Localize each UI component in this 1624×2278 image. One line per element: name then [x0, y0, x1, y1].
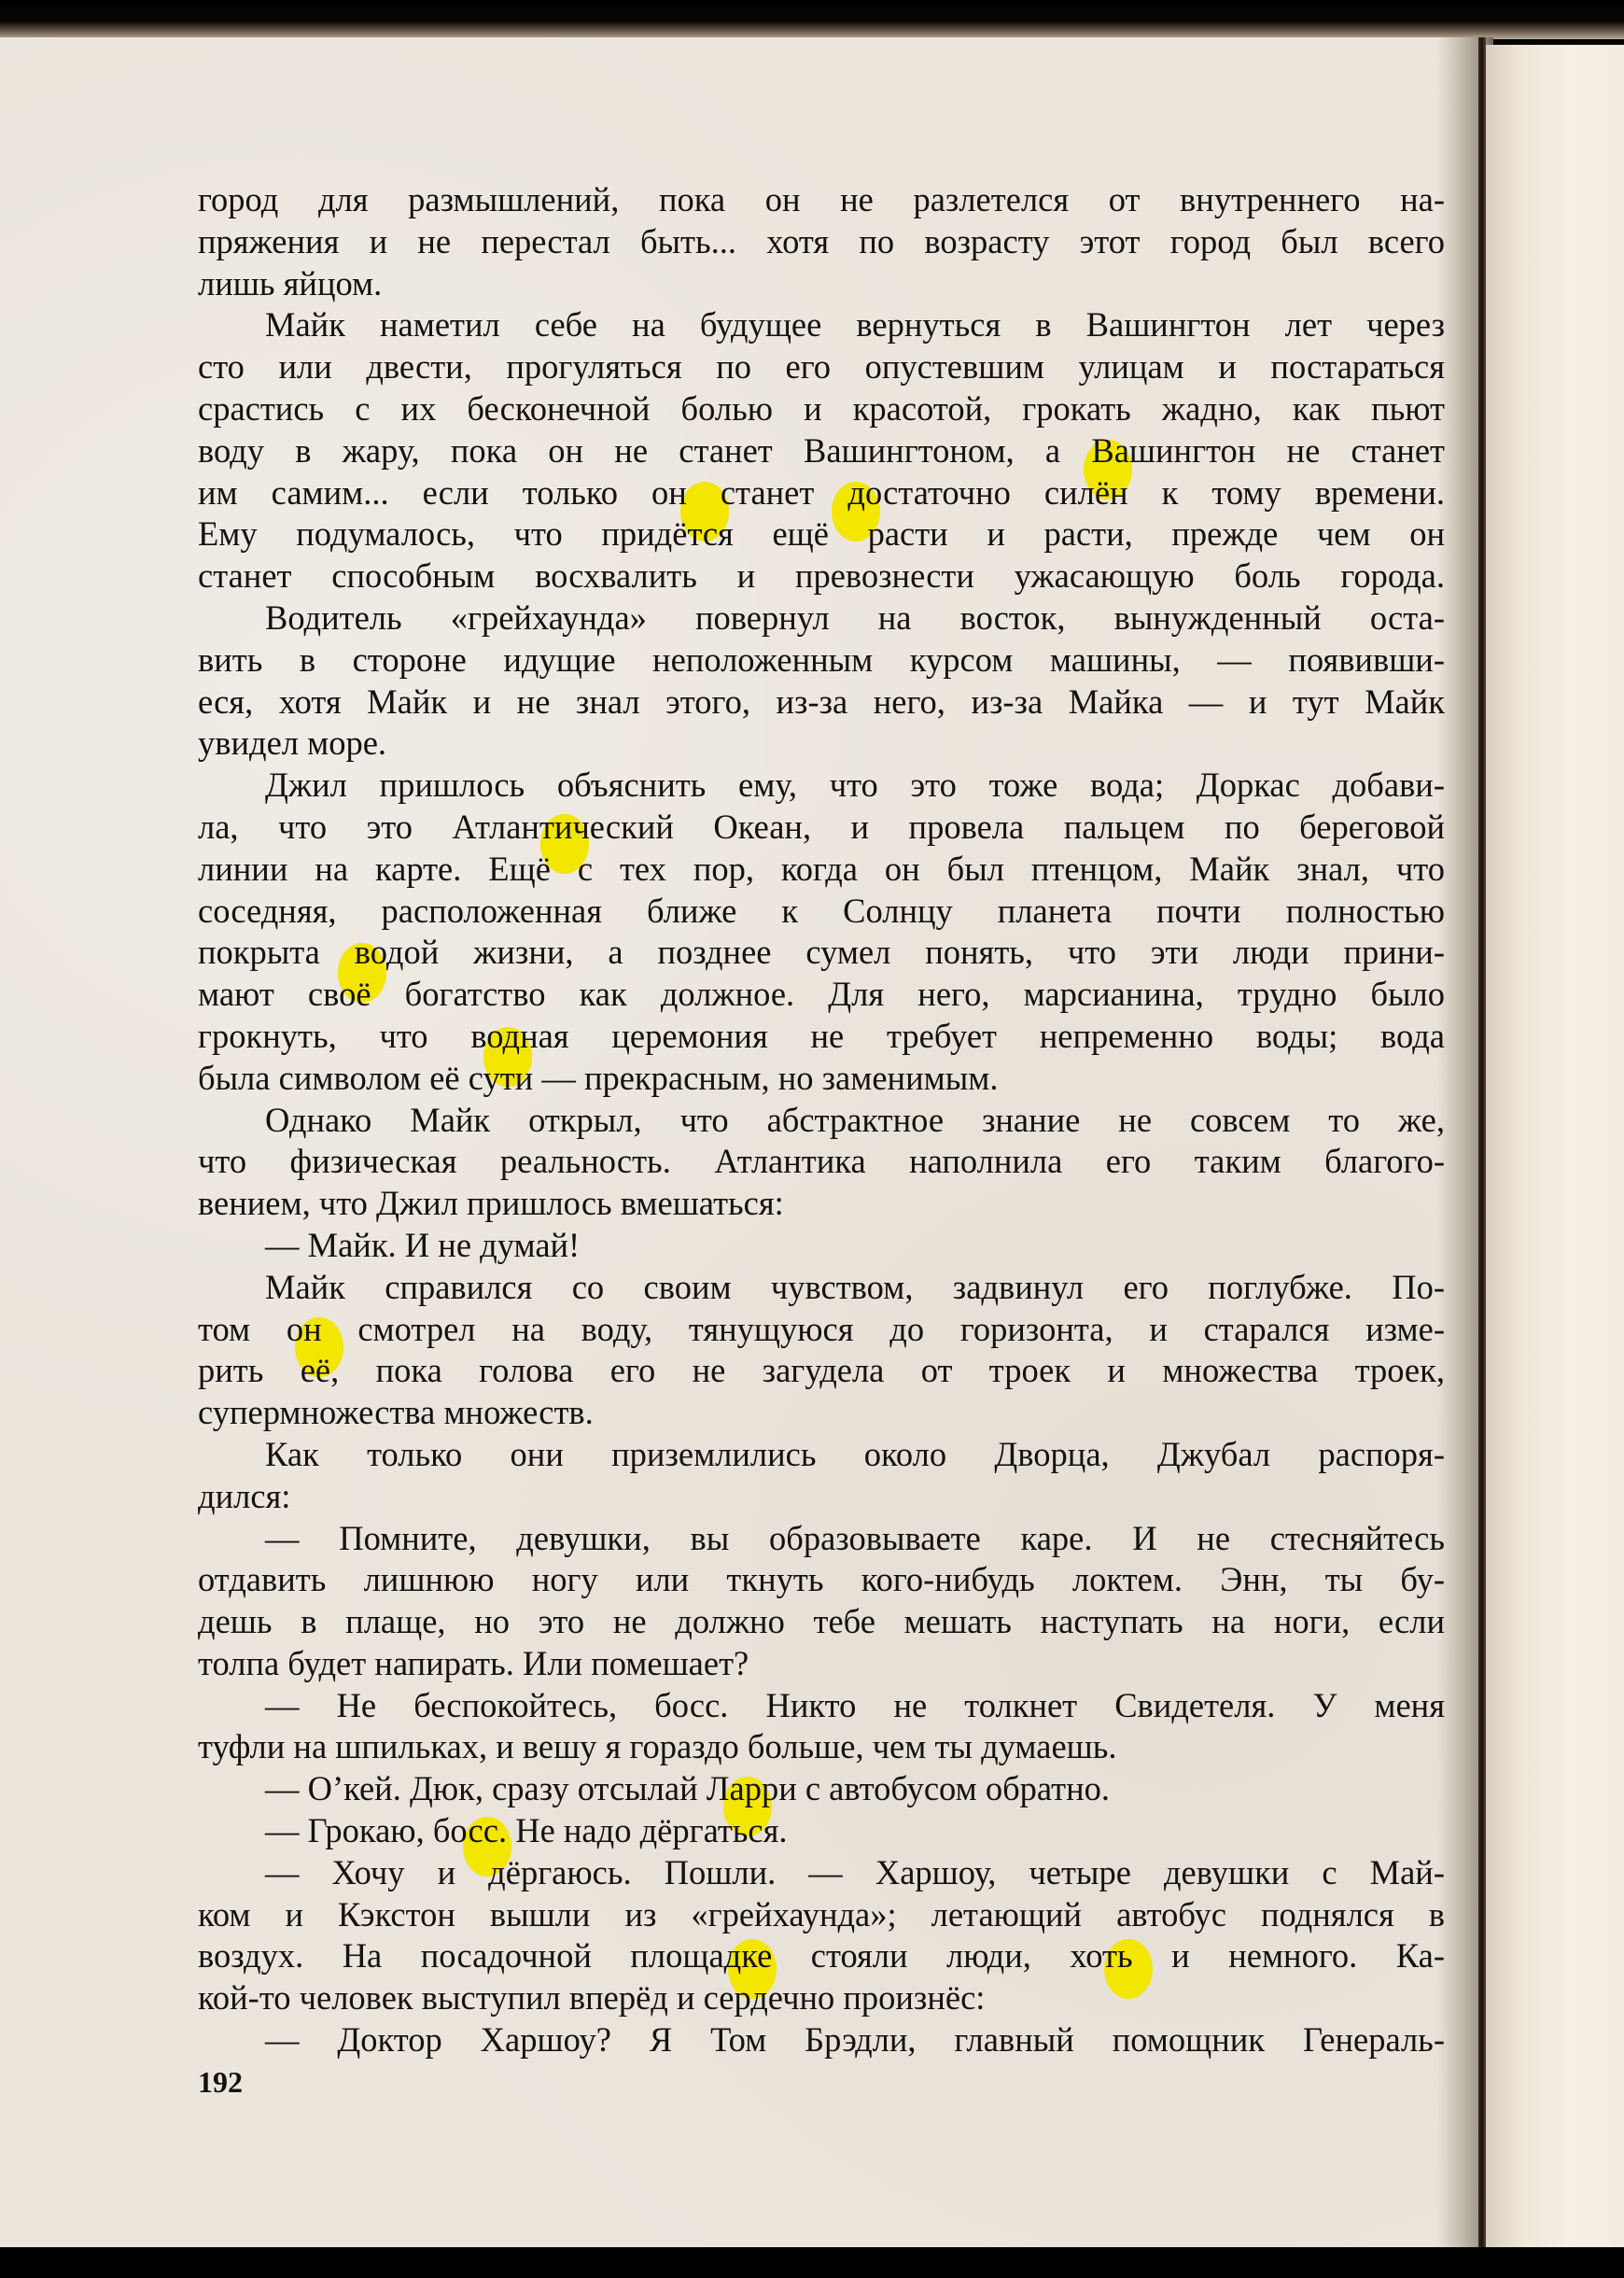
text-line: — Доктор Харшоу? Я Том Брэдли, главный п…: [198, 2019, 1445, 2061]
text-line: сто или двести, прогуляться по его опуст…: [198, 346, 1445, 388]
text-line: Майк наметил себе на будущее вернуться в…: [198, 304, 1445, 346]
text-line: что физическая реальность. Атлантика нап…: [198, 1141, 1445, 1183]
text-line: им самим... если только он станет достат…: [198, 472, 1445, 514]
text-line: увидел море.: [198, 723, 1445, 765]
text-line: супермножества множеств.: [198, 1392, 1445, 1434]
right-page-edge: [1486, 45, 1624, 2247]
text-line: мают своё богатство как должное. Для нег…: [198, 974, 1445, 1016]
text-line: — Хочу и дёргаюсь. Пошли. — Харшоу, четы…: [198, 1852, 1445, 1894]
text-line: станет способным восхвалить и превознест…: [198, 555, 1445, 598]
text-line: туфли на шпильках, и вешу я гораздо боль…: [198, 1726, 1445, 1768]
scan-top-edge: [0, 0, 1624, 39]
book-spine: [1478, 37, 1486, 2247]
text-line: отдавить лишнюю ногу или ткнуть кого-ниб…: [198, 1559, 1445, 1601]
text-line: рить её, пока голова его не загудела от …: [198, 1350, 1445, 1392]
text-line: — Грокаю, босс. Не надо дёргаться.: [198, 1810, 1445, 1852]
text-line: еся, хотя Майк и не знал этого, из-за не…: [198, 682, 1445, 724]
text-line: лишь яйцом.: [198, 263, 1445, 305]
text-line: линии на карте. Ещё с тех пор, когда он …: [198, 849, 1445, 891]
text-line: соседняя, расположенная ближе к Солнцу п…: [198, 891, 1445, 933]
book-page-scan: город для размышлений, пока он не разлет…: [0, 0, 1624, 2278]
text-line: — Не беспокойтесь, босс. Никто не толкне…: [198, 1685, 1445, 1727]
text-line: воду в жару, пока он не станет Вашингтон…: [198, 430, 1445, 472]
text-line: Джил пришлось объяснить ему, что это тож…: [198, 765, 1445, 807]
text-line: Ему подумалось, что придётся ещё расти и…: [198, 513, 1445, 555]
text-line: — Майк. И не думай!: [198, 1225, 1445, 1267]
text-line: толпа будет напирать. Или помешает?: [198, 1643, 1445, 1685]
text-line: ла, что это Атлантический Океан, и прове…: [198, 807, 1445, 849]
text-line: Как только они приземлились около Дворца…: [198, 1434, 1445, 1476]
text-line: срастись с их бесконечной болью и красот…: [198, 388, 1445, 430]
text-line: покрыта водой жизни, а позднее сумел пон…: [198, 932, 1445, 974]
text-line: — Помните, девушки, вы образовываете кар…: [198, 1518, 1445, 1560]
text-line: вить в стороне идущие неположенным курсо…: [198, 640, 1445, 682]
text-line: Однако Майк открыл, что абстрактное знан…: [198, 1100, 1445, 1142]
scan-bottom-edge: [0, 2247, 1624, 2278]
text-line: — О’кей. Дюк, сразу отсылай Ларри с авто…: [198, 1768, 1445, 1810]
page-body-text: город для размышлений, пока он не разлет…: [198, 179, 1445, 2061]
text-line: пряжения и не перестал быть... хотя по в…: [198, 221, 1445, 263]
text-line: город для размышлений, пока он не разлет…: [198, 179, 1445, 221]
text-line: воздух. На посадочной площадке стояли лю…: [198, 1935, 1445, 1977]
text-line: грокнуть, что водная церемония не требуе…: [198, 1016, 1445, 1058]
text-line: Майк справился со своим чувством, задвин…: [198, 1267, 1445, 1309]
text-line: кой-то человек выступил вперёд и сердечн…: [198, 1977, 1445, 2019]
text-line: вением, что Джил пришлось вмешаться:: [198, 1183, 1445, 1225]
text-line: том он смотрел на воду, тянущуюся до гор…: [198, 1309, 1445, 1351]
text-line: была символом её сути — прекрасным, но з…: [198, 1058, 1445, 1100]
text-line: Водитель «грейхаунда» повернул на восток…: [198, 598, 1445, 640]
text-line: ком и Кэкстон вышли из «грейхаунда»; лет…: [198, 1894, 1445, 1936]
text-line: дешь в плаще, но это не должно тебе меша…: [198, 1601, 1445, 1643]
text-line: дился:: [198, 1476, 1445, 1518]
page-number: 192: [198, 2065, 243, 2100]
